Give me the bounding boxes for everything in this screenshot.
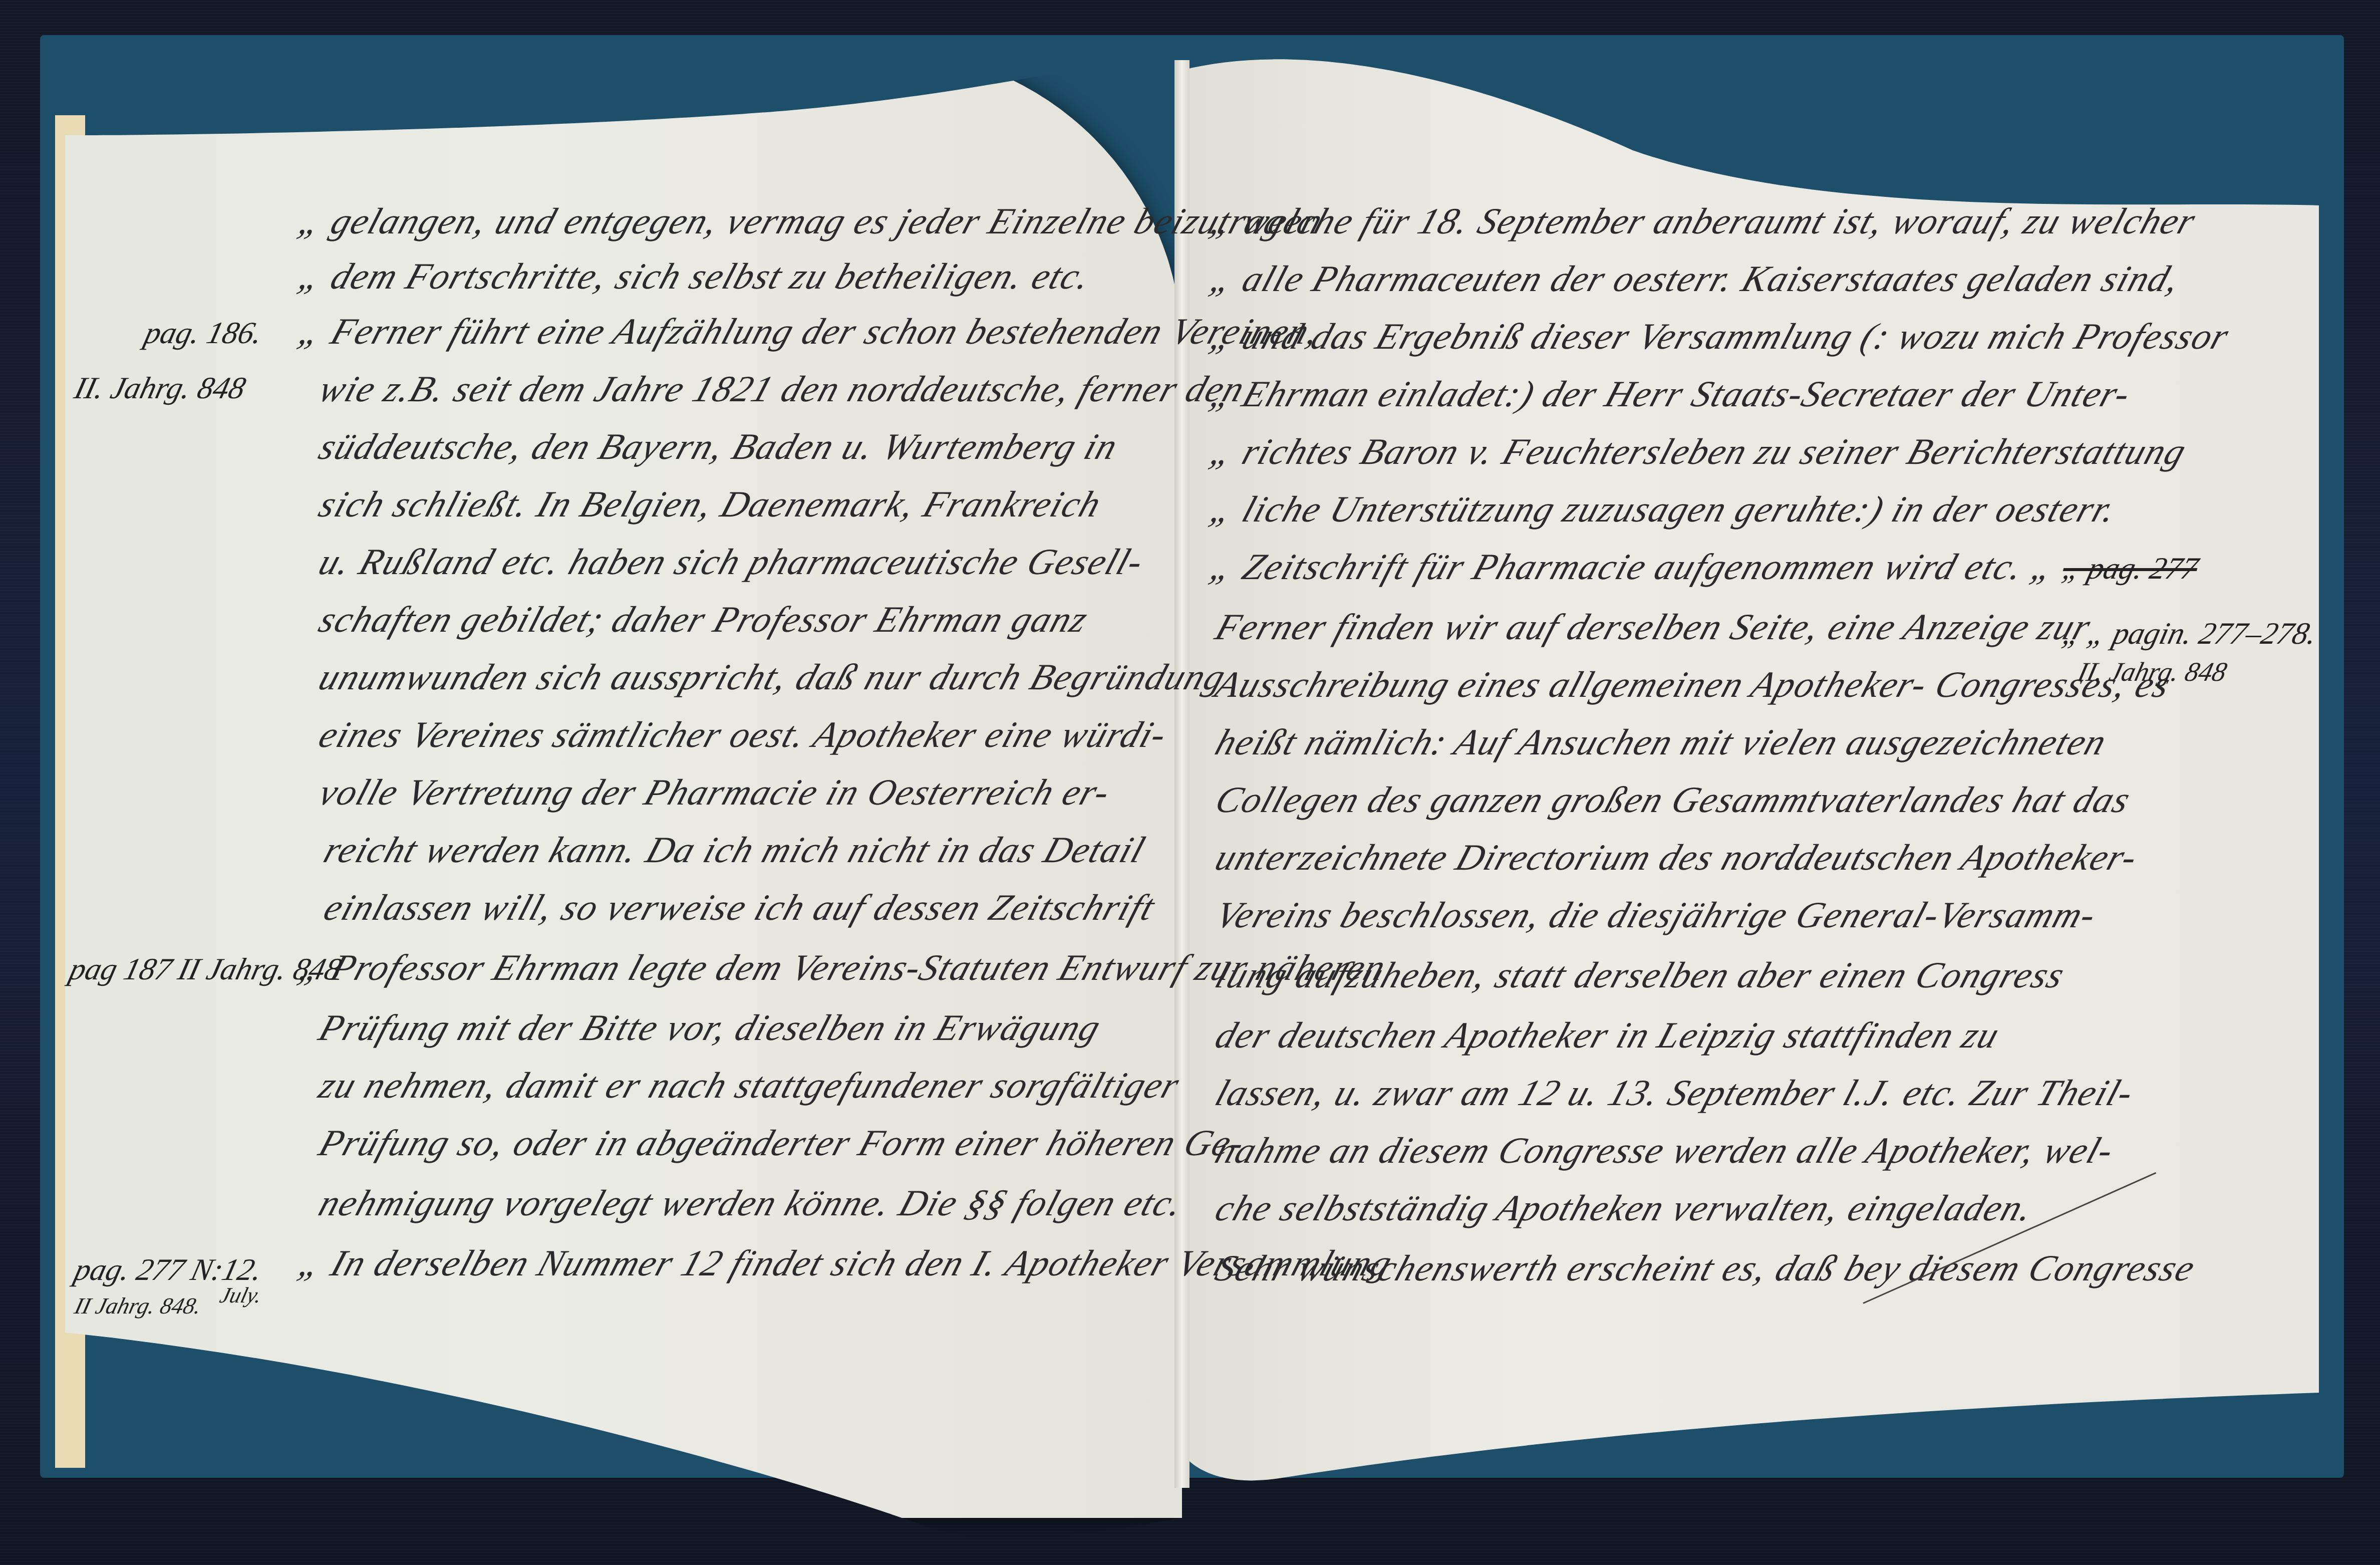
text-line: Prüfung mit der Bitte vor, dieselben in … (314, 1007, 1106, 1050)
text-line: „ gelangen, und entgegen, vermag es jede… (293, 200, 1329, 243)
text-line: lassen, u. zwar am 12 u. 13. September l… (1210, 1072, 2140, 1115)
text-line: „ Ehrman einladet:) der Herr Staats-Secr… (1205, 373, 2137, 416)
text-line: unumwunden sich ausspricht, daß nur durc… (314, 656, 1232, 699)
margin-note-struck: „ pag. 277 (2059, 551, 2202, 587)
text-line: „ liche Unterstützung zuzusagen geruhte:… (1205, 488, 2122, 531)
text-line: Vereins beschlossen, die diesjährige Gen… (1210, 894, 2102, 937)
margin-note: II. Jahrg. 848 (2074, 656, 2230, 687)
margin-note: II Jahrg. 848. (72, 1292, 204, 1319)
text-line: wie z.B. seit dem Jahre 1821 den norddeu… (314, 368, 1251, 411)
text-line: Prüfung so, oder in abgeänderter Form ei… (314, 1122, 1251, 1165)
text-line: Ferner finden wir auf derselben Seite, e… (1210, 606, 2097, 649)
text-line: der deutschen Apotheker in Leipzig statt… (1210, 1014, 2005, 1057)
text-line: che selbstständig Apotheken verwalten, e… (1210, 1187, 2039, 1230)
text-line: „ welche für 18. September anberaumt ist… (1205, 200, 2201, 243)
text-line: „ richtes Baron v. Feuchtersleben zu sei… (1205, 431, 2192, 473)
text-line: u. Rußland etc. haben sich pharmaceutisc… (314, 541, 1149, 584)
text-line: reicht werden kann. Da ich mich nicht in… (319, 829, 1150, 872)
margin-note: II. Jahrg. 848 (71, 371, 249, 406)
text-line: „ dem Fortschritte, sich selbst zu bethe… (293, 255, 1096, 298)
text-line: einlassen will, so verweise ich auf dess… (319, 887, 1160, 929)
text-line: „ und das Ergebniß dieser Versammlung (:… (1205, 316, 2235, 358)
text-line: nehmigung vorgelegt werden könne. Die §§… (314, 1182, 1189, 1225)
text-line: „ Ferner führt eine Aufzählung der schon… (293, 311, 1326, 353)
text-line: „ alle Pharmaceuten der oesterr. Kaisers… (1205, 258, 2186, 301)
text-line: zu nehmen, damit er nach stattgefundener… (314, 1065, 1185, 1107)
text-line: süddeutsche, den Bayern, Baden u. Wurtem… (314, 426, 1123, 468)
text-line: unterzeichnete Directorium des norddeuts… (1210, 837, 2144, 879)
margin-note: pag. 186. (141, 316, 266, 351)
text-line: sich schließt. In Belgien, Daenemark, Fr… (314, 483, 1107, 526)
text-line: volle Vertretung der Pharmacie in Oester… (314, 771, 1116, 814)
margin-note: „ „ pagin. 277–278. (2059, 616, 2320, 652)
text-line: Ausschreibung eines allgemeinen Apotheke… (1210, 664, 2176, 706)
text-line: heißt nämlich: Auf Ansuchen mit vielen a… (1210, 721, 2113, 764)
text-line: Sehr wünschenswerth erscheint es, daß be… (1210, 1247, 2201, 1290)
text-line: schaften gebildet; daher Professor Ehrma… (314, 599, 1094, 641)
text-line: eines Vereines sämtlicher oest. Apotheke… (314, 714, 1172, 756)
text-line: lung aufzuheben, statt derselben aber ei… (1210, 954, 2070, 997)
text-line: Collegen des ganzen großen Gesammtvaterl… (1210, 779, 2136, 822)
margin-note: pag 187 II Jahrg. 848 (66, 952, 345, 987)
margin-note: July. (217, 1282, 265, 1308)
text-line: „ Zeitschrift für Pharmacie aufgenommen … (1205, 546, 2061, 589)
text-line: nahme an diesem Congresse werden alle Ap… (1210, 1130, 2120, 1172)
